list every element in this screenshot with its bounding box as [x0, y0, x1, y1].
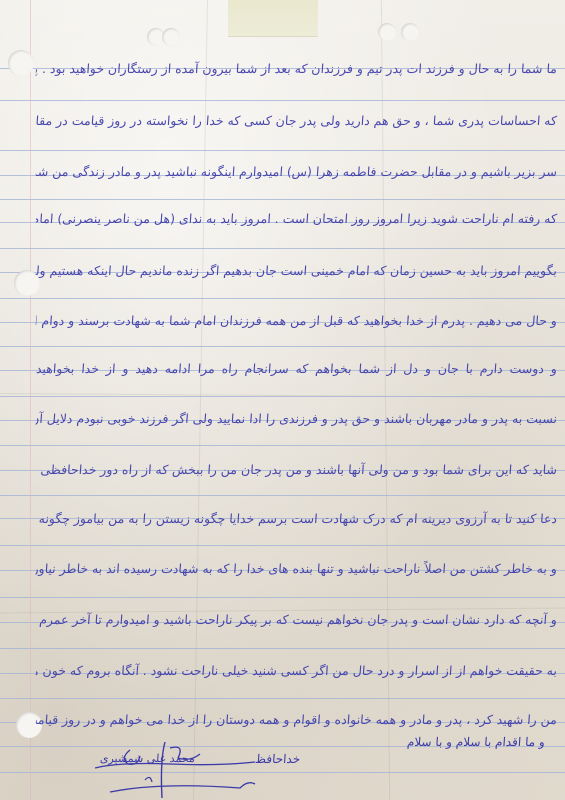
letter-body: ما شما را به حال و فرزند ات پدر تیم و فر…	[36, 0, 557, 800]
letter-line: دعا کنید تا به آرزوی دیرینه ام که درک شه…	[35, 510, 557, 528]
letter-page: ما شما را به حال و فرزند ات پدر تیم و فر…	[0, 0, 565, 800]
letter-line: سر بزیر باشیم و در مقابل حضرت فاطمه زهرا…	[35, 163, 557, 181]
letter-line: و حال می دهیم . پدرم از خدا بخواهید که ق…	[35, 312, 557, 330]
letter-line: و دوست دارم با جان و دل از شما بخواهم که…	[35, 360, 557, 378]
closing-line: و ما اقدام با سلام و با سلام	[407, 735, 546, 749]
letter-line: و به خاطر کشتن من اصلاً ناراحت نباشید و …	[35, 560, 557, 578]
signature-icon	[90, 740, 260, 800]
letter-line: شاید که این برای شما بود و من ولی آنها ب…	[35, 461, 557, 479]
letter-line: که احساسات پدری شما ، و حق هم دارید ولی …	[35, 112, 557, 130]
farewell: خداحافظ	[255, 752, 301, 766]
letter-line: و آنچه که دارد نشان است و پدر جان نخواهم…	[35, 611, 557, 629]
letter-line: من را شهید کرد ، پدر و مادر و همه خانواد…	[35, 711, 557, 729]
letter-line: بگوییم امروز باید به حسین زمان که امام خ…	[35, 262, 557, 280]
margin-line	[30, 0, 31, 800]
letter-line: نسبت به پدر و مادر مهربان باشند و حق پدر…	[35, 410, 557, 428]
letter-line: که رفته ام ناراحت شوید زیرا امروز روز ام…	[35, 210, 557, 228]
punch-hole	[8, 50, 34, 76]
letter-line: ما شما را به حال و فرزند ات پدر تیم و فر…	[35, 60, 557, 78]
letter-line: به حقیقت خواهم از از اسرار و درد حال من …	[35, 662, 557, 680]
